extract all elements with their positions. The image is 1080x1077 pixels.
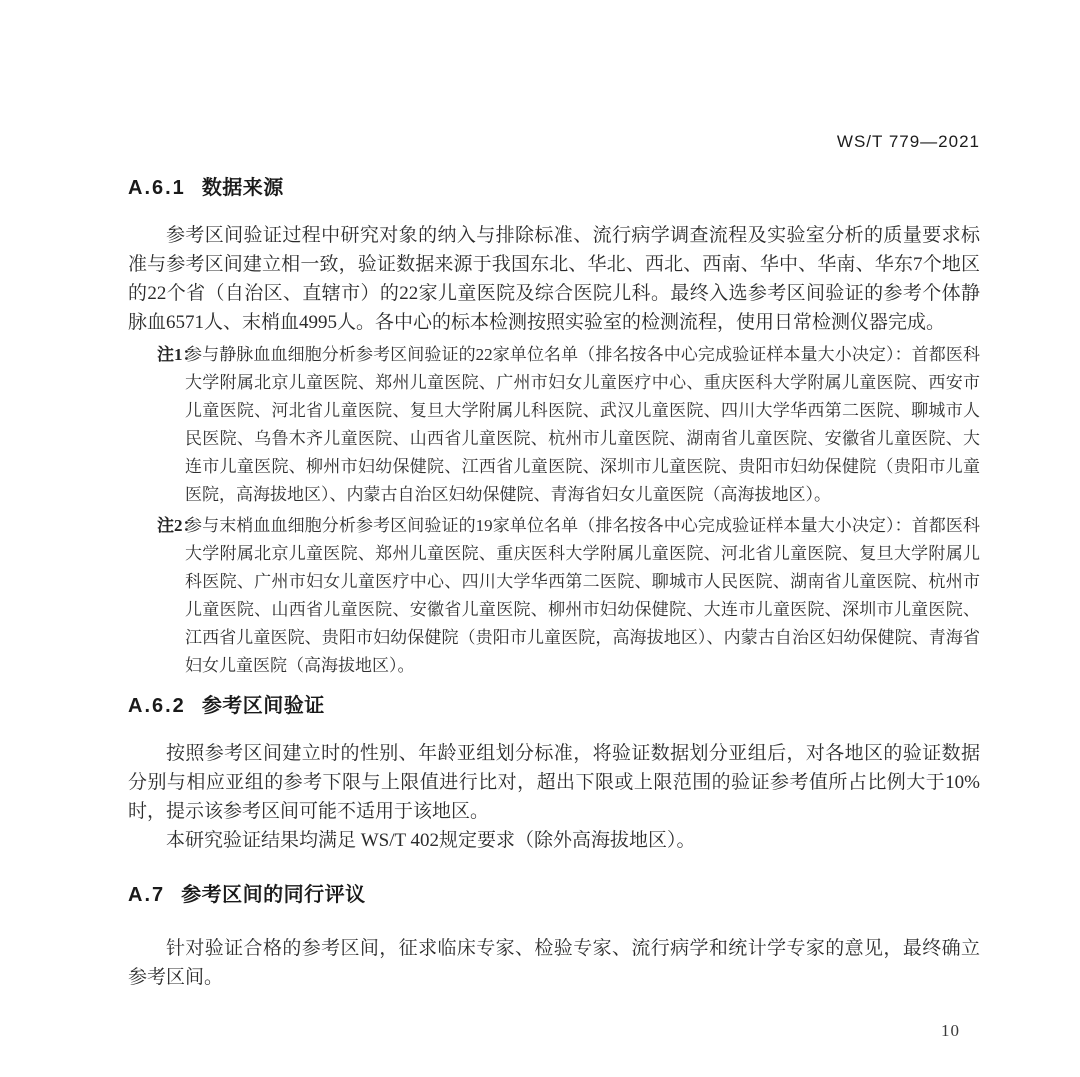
section-number: A.6.1 <box>128 177 186 199</box>
section-title: 参考区间的同行评议 <box>181 884 366 906</box>
section-title: 参考区间验证 <box>202 695 325 717</box>
document-page: WS/T 779—2021 A.6.1数据来源 参考区间验证过程中研究对象的纳入… <box>0 0 1080 1077</box>
page-header: WS/T 779—2021 <box>128 133 980 151</box>
section-heading-a7: A.7参考区间的同行评议 <box>128 884 980 906</box>
note-label: 注2： <box>157 512 200 540</box>
note-1: 注1： 参与静脉血血细胞分析参考区间验证的22家单位名单（排名按各中心完成验证样… <box>128 341 980 509</box>
section-number: A.7 <box>128 884 165 906</box>
note-label: 注1： <box>157 341 200 369</box>
paragraph: 针对验证合格的参考区间，征求临床专家、检验专家、流行病学和统计学专家的意见，最终… <box>128 934 980 992</box>
standard-number: WS/T 779—2021 <box>837 132 980 151</box>
page-number: 10 <box>941 1021 960 1041</box>
note-text: 参与末梢血血细胞分析参考区间验证的19家单位名单（排名按各中心完成验证样本量大小… <box>185 516 980 675</box>
section-title: 数据来源 <box>202 177 284 199</box>
section-heading-a61: A.6.1数据来源 <box>128 177 980 199</box>
page-content: WS/T 779—2021 A.6.1数据来源 参考区间验证过程中研究对象的纳入… <box>0 133 1080 992</box>
paragraph: 本研究验证结果均满足 WS/T 402规定要求（除外高海拔地区）。 <box>128 826 980 855</box>
note-2: 注2： 参与末梢血血细胞分析参考区间验证的19家单位名单（排名按各中心完成验证样… <box>128 512 980 680</box>
paragraph: 按照参考区间建立时的性别、年龄亚组划分标准，将验证数据划分亚组后，对各地区的验证… <box>128 739 980 826</box>
section-heading-a62: A.6.2参考区间验证 <box>128 695 980 717</box>
section-number: A.6.2 <box>128 695 186 717</box>
note-text: 参与静脉血血细胞分析参考区间验证的22家单位名单（排名按各中心完成验证样本量大小… <box>185 345 980 504</box>
paragraph: 参考区间验证过程中研究对象的纳入与排除标准、流行病学调查流程及实验室分析的质量要… <box>128 221 980 337</box>
